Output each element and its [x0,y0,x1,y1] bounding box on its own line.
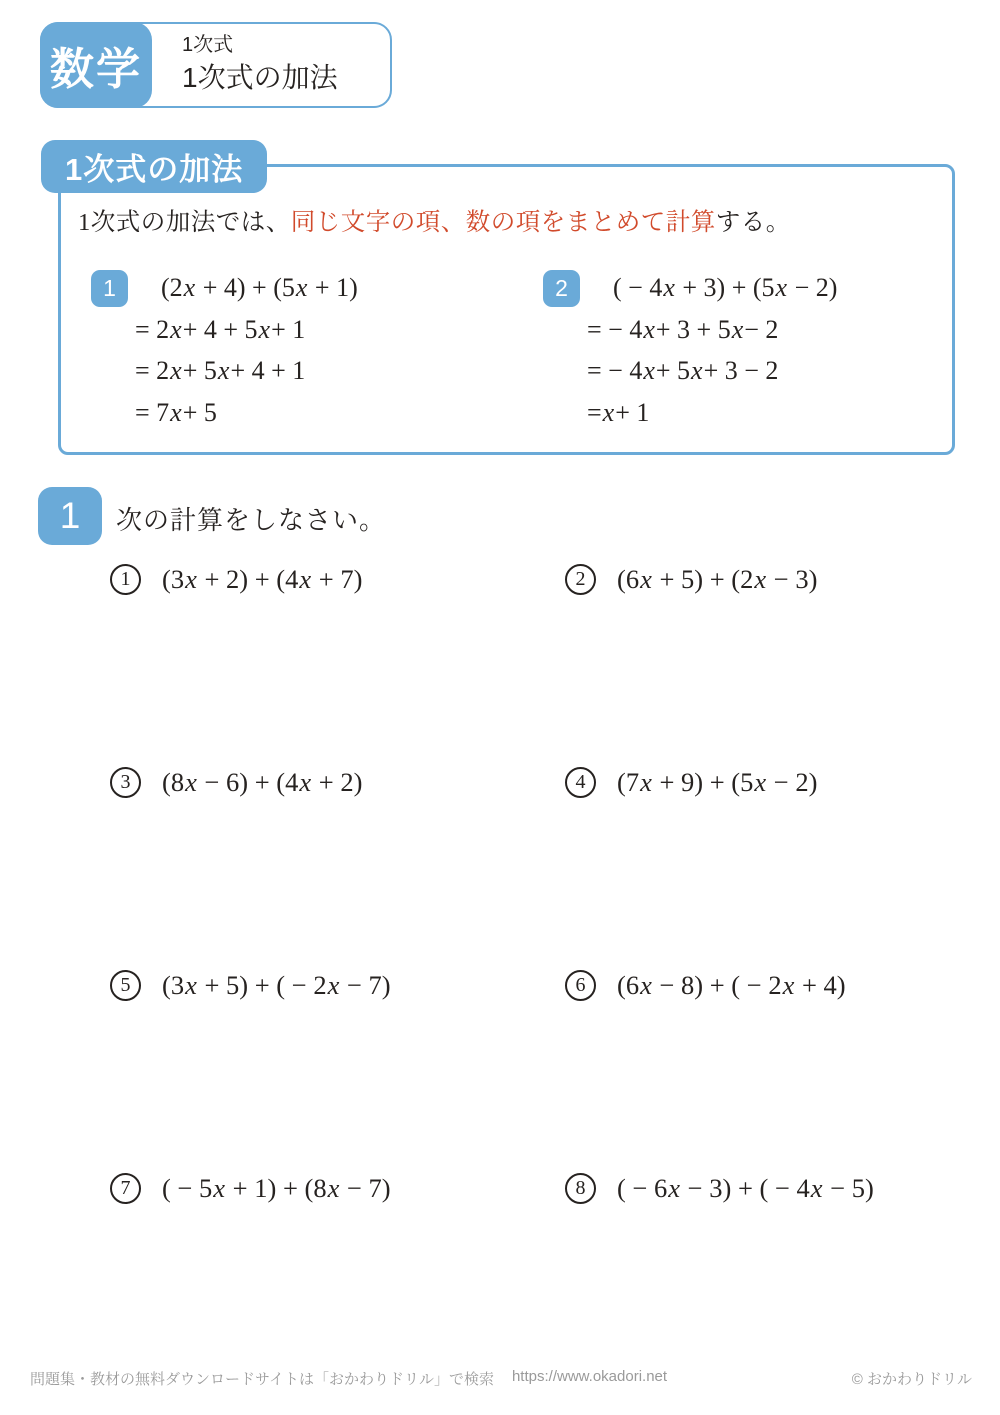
problem-4-expression: (7x + 9) + (5x − 2) [617,765,817,800]
lesson-intro: 1次式の加法では、同じ文字の項、数の項をまとめて計算する。 [78,203,791,238]
problem-7-number: 7 [110,1173,141,1204]
example-1-result: = 7x + 5 [135,392,358,434]
example-2-result: = x + 1 [587,392,837,434]
problem-3-expression: (8x − 6) + (4x + 2) [162,765,362,800]
unit-label: 1次式 [182,33,233,57]
problem-4: 4 (7x + 9) + (5x − 2) [565,765,817,800]
lesson-title-tab: 1次式の加法 [41,140,267,193]
problem-1-expression: (3x + 2) + (4x + 7) [162,562,362,597]
problem-4-number: 4 [565,767,596,798]
example-2-step-1: = − 4x + 3 + 5x − 2 [587,309,837,351]
topic-label: 1次式の加法 [182,61,338,95]
page-footer: 問題集・教材の無料ダウンロードサイトは「おかわりドリル」で検索 https://… [30,1368,972,1389]
problem-5-number: 5 [110,970,141,1001]
problem-6-expression: (6x − 8) + ( − 2x + 4) [617,968,846,1003]
intro-text-emphasis: 同じ文字の項、数の項をまとめて計算 [291,209,716,236]
problem-row-2: 3 (8x − 6) + (4x + 2) 4 (7x + 9) + (5x −… [0,765,1000,968]
footer-note: 問題集・教材の無料ダウンロードサイトは「おかわりドリル」で検索 [30,1368,494,1389]
problem-8: 8 ( − 6x − 3) + ( − 4x − 5) [565,1171,874,1206]
problem-5-expression: (3x + 5) + ( − 2x − 7) [162,968,391,1003]
problem-2-expression: (6x + 5) + (2x − 3) [617,562,817,597]
footer-copyright: © おかわりドリル [852,1368,972,1389]
problem-1-number: 1 [110,564,141,595]
problem-7-expression: ( − 5x + 1) + (8x − 7) [162,1171,391,1206]
footer-url: https://www.okadori.net [512,1368,667,1389]
example-1-step-2: = 2x + 5x + 4 + 1 [135,351,358,393]
problem-3-number: 3 [110,767,141,798]
example-2-expression: ( − 4x + 3) + (5x − 2) [613,273,837,303]
problem-row-1: 1 (3x + 2) + (4x + 7) 2 (6x + 5) + (2x −… [0,562,1000,765]
example-2-badge: 2 [543,270,580,307]
example-2-step-2: = − 4x + 5x + 3 − 2 [587,351,837,393]
example-1-expression: (2x + 4) + (5x + 1) [161,273,358,303]
lesson-box: 1次式の加法 1次式の加法では、同じ文字の項、数の項をまとめて計算する。 1 (… [58,164,955,455]
problem-8-number: 8 [565,1173,596,1204]
intro-text-after: する。 [716,209,791,236]
problem-8-expression: ( − 6x − 3) + ( − 4x − 5) [617,1171,874,1206]
problem-1: 1 (3x + 2) + (4x + 7) [110,562,565,597]
example-1-badge: 1 [91,270,128,307]
problem-2: 2 (6x + 5) + (2x − 3) [565,562,817,597]
exercise-1-badge: 1 [38,487,102,545]
subject-badge: 数学 [40,22,152,108]
problem-6-number: 6 [565,970,596,1001]
example-2: 2 ( − 4x + 3) + (5x − 2) = − 4x + 3 + 5x… [543,267,837,434]
problem-2-number: 2 [565,564,596,595]
problem-7: 7 ( − 5x + 1) + (8x − 7) [110,1171,565,1206]
problem-5: 5 (3x + 5) + ( − 2x − 7) [110,968,565,1003]
problem-row-4: 7 ( − 5x + 1) + (8x − 7) 8 ( − 6x − 3) +… [0,1171,1000,1374]
intro-text-before: 1次式の加法では、 [78,209,291,236]
problem-6: 6 (6x − 8) + ( − 2x + 4) [565,968,846,1003]
example-1-step-1: = 2x + 4 + 5x + 1 [135,309,358,351]
exercise-instruction: 次の計算をしなさい。 [116,500,386,537]
problem-3: 3 (8x − 6) + (4x + 2) [110,765,565,800]
example-1: 1 (2x + 4) + (5x + 1) = 2x + 4 + 5x + 1 … [91,267,358,434]
problems-grid: 1 (3x + 2) + (4x + 7) 2 (6x + 5) + (2x −… [0,562,1000,1374]
problem-row-3: 5 (3x + 5) + ( − 2x − 7) 6 (6x − 8) + ( … [0,968,1000,1171]
